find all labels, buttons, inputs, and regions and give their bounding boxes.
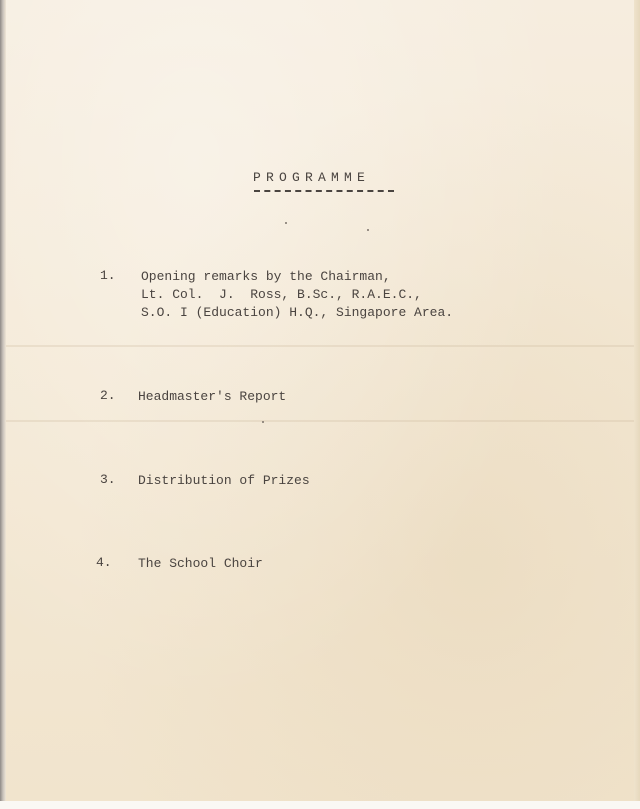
item-number: 3. [100, 472, 116, 487]
paper-left-edge [0, 0, 6, 809]
item-text-line: Opening remarks by the Chairman, [141, 268, 391, 286]
item-text-line: The School Choir [138, 555, 263, 573]
ink-speck [367, 229, 369, 231]
ink-speck [285, 222, 287, 224]
item-text-line: Lt. Col. J. Ross, B.Sc., R.A.E.C., [141, 286, 422, 304]
paper-crease [6, 420, 634, 422]
ink-speck [262, 421, 264, 423]
paper-crease [6, 345, 634, 347]
paper-right-edge [634, 0, 640, 809]
title-underline [254, 190, 394, 192]
item-number: 4. [96, 555, 112, 570]
item-text-line: Distribution of Prizes [138, 472, 310, 490]
item-number: 1. [100, 268, 116, 283]
item-text-line: S.O. I (Education) H.Q., Singapore Area. [141, 304, 453, 322]
programme-title: PROGRAMME [253, 170, 370, 185]
paper-bottom-edge [0, 801, 640, 809]
item-number: 2. [100, 388, 116, 403]
item-text-line: Headmaster's Report [138, 388, 286, 406]
